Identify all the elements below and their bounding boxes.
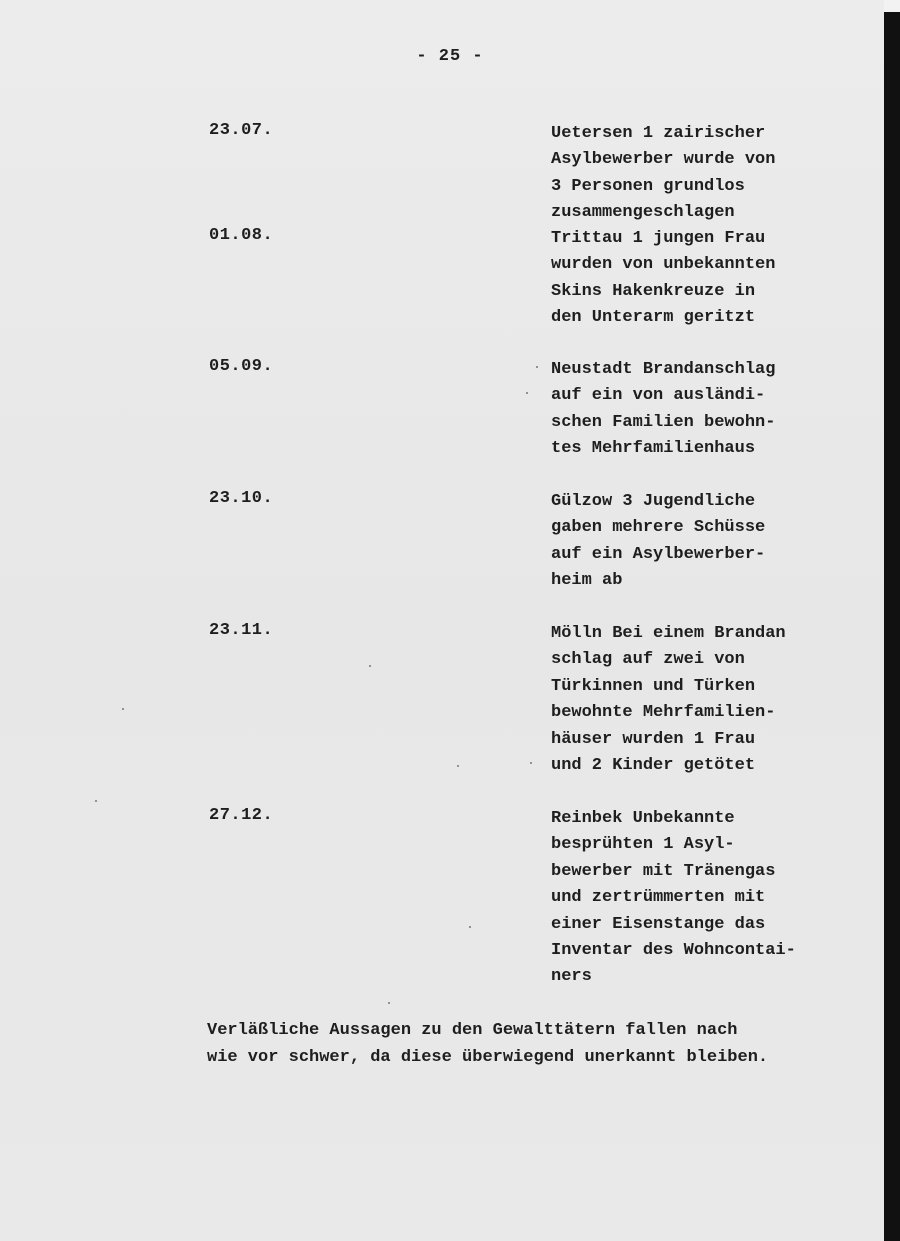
- incident-date: 23.11.: [209, 621, 273, 640]
- scan-speck: [457, 765, 459, 767]
- scan-speck: [469, 926, 471, 928]
- incident-date: 27.12.: [209, 806, 273, 825]
- scan-speck: [388, 1002, 390, 1004]
- scan-speck: [526, 392, 528, 394]
- incident-description: Neustadt Brandanschlag auf ein von auslä…: [551, 357, 851, 463]
- incident-description: Uetersen 1 zairischer Asylbewerber wurde…: [551, 121, 851, 227]
- incident-description: Trittau 1 jungen Frau wurden von unbekan…: [551, 226, 851, 332]
- closing-paragraph: Verläßliche Aussagen zu den Gewalttätern…: [207, 1017, 768, 1071]
- incident-description: Gülzow 3 Jugendliche gaben mehrere Schüs…: [551, 489, 851, 595]
- incident-description: Reinbek Unbekannte besprühten 1 Asyl- be…: [551, 806, 851, 991]
- incident-date: 23.07.: [209, 121, 273, 140]
- scan-speck: [536, 366, 538, 368]
- incident-description: Mölln Bei einem Brandan schlag auf zwei …: [551, 621, 851, 779]
- scan-speck: [369, 665, 371, 667]
- scanned-page: - 25 - 23.07. Uetersen 1 zairischer Asyl…: [0, 0, 884, 1241]
- page-number: - 25 -: [0, 47, 900, 66]
- scan-speck: [122, 708, 124, 710]
- incident-date: 05.09.: [209, 357, 273, 376]
- incident-date: 01.08.: [209, 226, 273, 245]
- incident-date: 23.10.: [209, 489, 273, 508]
- scan-dark-edge: [884, 12, 900, 1241]
- scan-speck: [95, 800, 97, 802]
- scan-speck: [530, 762, 532, 764]
